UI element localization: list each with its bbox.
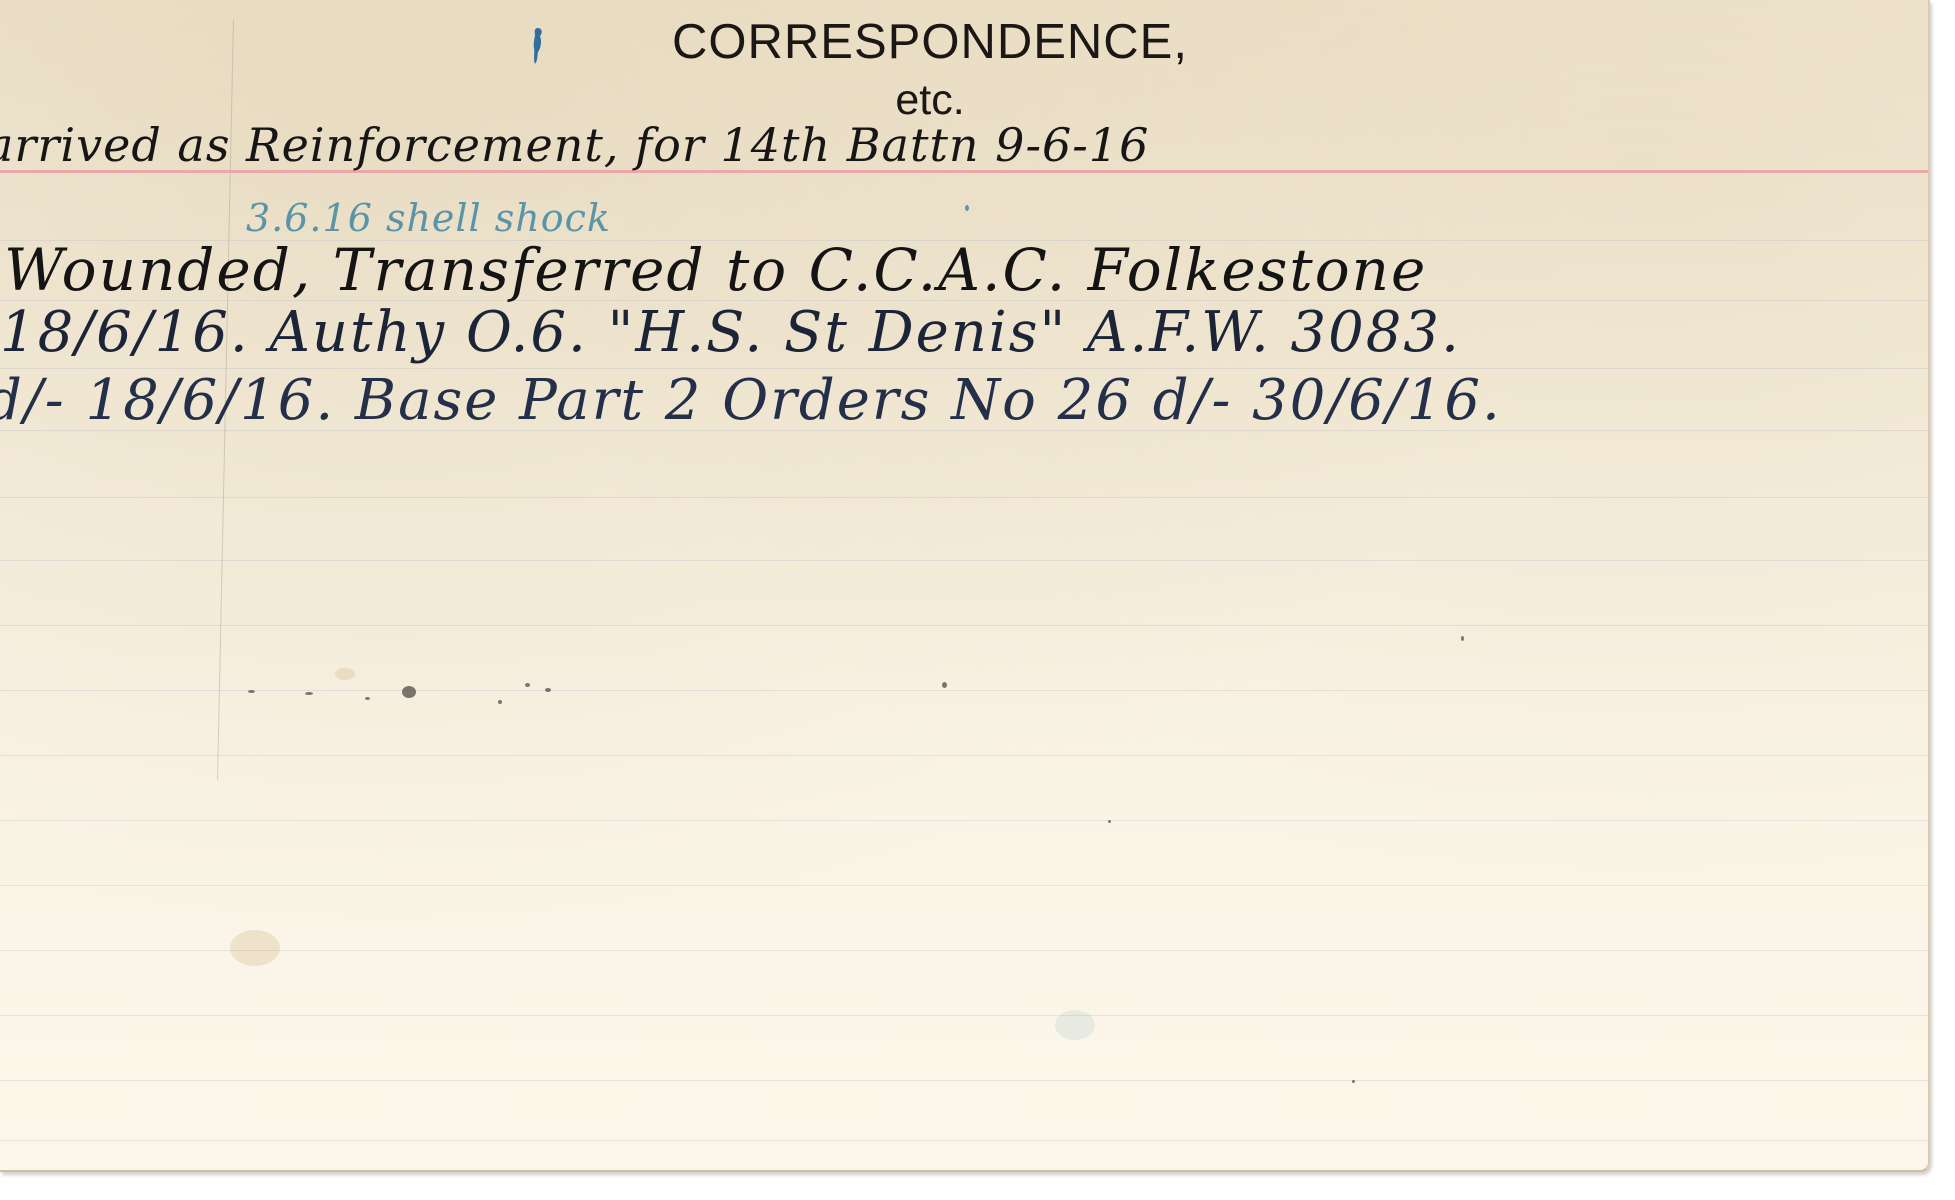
ink-speck: [305, 692, 313, 695]
ruled-line: [0, 950, 1928, 951]
ruled-line: [0, 1015, 1928, 1016]
ruled-line: [0, 820, 1928, 821]
ruled-line: [0, 1080, 1928, 1081]
ink-speck: [1108, 820, 1111, 823]
entry-arrived-reinforcement: arrived as Reinforcement, for 14th Battn…: [0, 118, 1149, 172]
paper-stain: [230, 930, 280, 966]
ink-speck: [1352, 1080, 1355, 1083]
ink-speck: [942, 682, 947, 688]
ink-speck: [498, 700, 502, 704]
ink-speck: [1461, 636, 1464, 641]
paper-stain: [1055, 1010, 1095, 1040]
ink-speck: [248, 690, 255, 693]
ruled-line: [0, 497, 1928, 498]
ink-speck: [365, 697, 370, 700]
ink-speck: [965, 205, 969, 211]
paper-stain: [335, 668, 355, 680]
ruled-line: [0, 755, 1928, 756]
ruled-line: [0, 625, 1928, 626]
correspondence-card: CORRESPONDENCE, etc. arrived as Reinforc…: [0, 0, 1930, 1172]
entry-base-part-2-orders: d/- 18/6/16. Base Part 2 Orders No 26 d/…: [0, 368, 1502, 433]
ruled-line: [0, 885, 1928, 886]
ink-speck: [402, 686, 416, 698]
ruled-line: [0, 560, 1928, 561]
entry-wounded-transferred: Wounded, Transferred to C.C.A.C. Folkest…: [4, 236, 1427, 304]
ink-speck: [525, 683, 530, 687]
entry-shell-shock-annotation: 3.6.16 shell shock: [246, 196, 611, 240]
entry-authority-st-denis: 18/6/16. Authy O.6. "H.S. St Denis" A.F.…: [0, 300, 1461, 365]
ink-speck: [545, 688, 551, 692]
card-heading-title: CORRESPONDENCE,: [0, 14, 1860, 70]
ruled-line: [0, 690, 1928, 691]
ruled-line: [0, 1140, 1928, 1141]
